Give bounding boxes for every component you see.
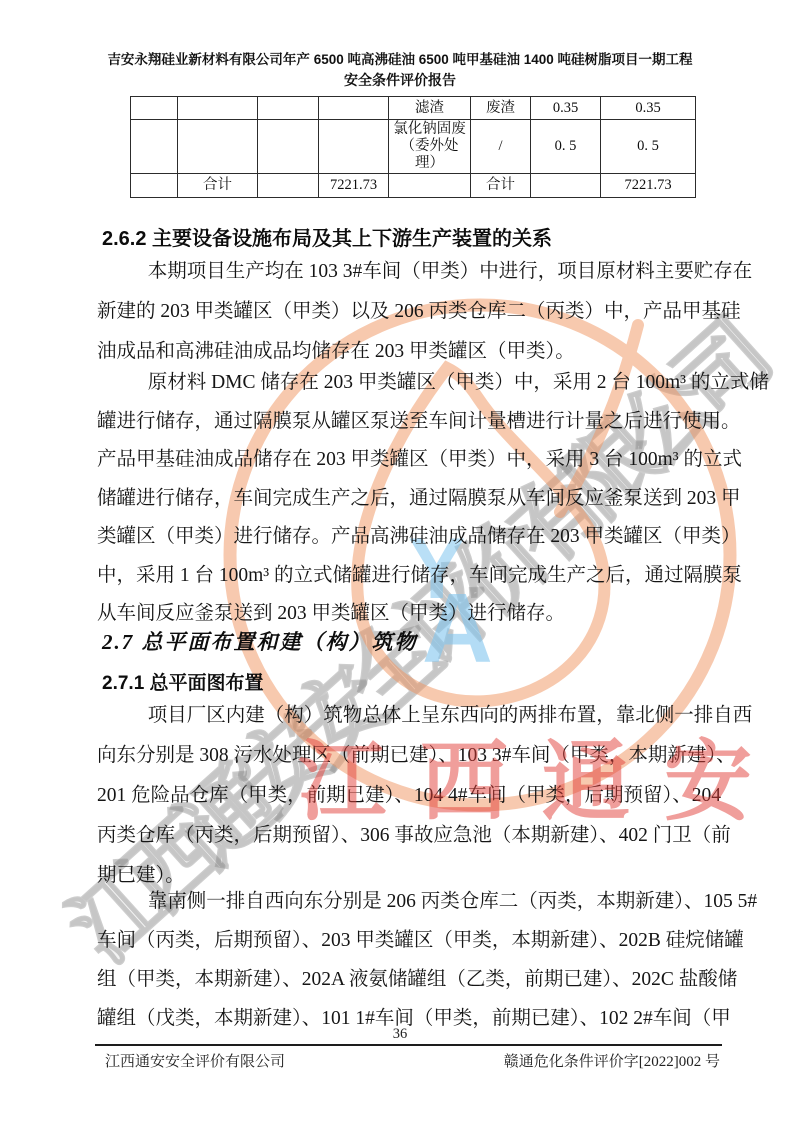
document-page: 江西通安安全评价有限公司 Y A 吉安永翔硅业新材料有限公司年产 6500 吨高… [0, 0, 800, 1131]
table-row: 滤渣 废渣 0.35 0.35 [131, 97, 696, 120]
table-cell [258, 174, 319, 198]
table-cell: 合计 [178, 174, 258, 198]
table-cell [389, 174, 471, 198]
paragraph-2: 原材料 DMC 储存在 203 甲类罐区（甲类）中，采用 2 台 100m³ 的… [97, 364, 727, 634]
table-cell: 氯化钠固废（委外处理） [389, 120, 471, 174]
footer-divider [95, 1044, 722, 1046]
data-table-wrapper: 滤渣 废渣 0.35 0.35 氯化钠固废（委外处理） / 0. 5 0. 5 [130, 96, 696, 198]
table-cell: 合计 [471, 174, 531, 198]
table-cell [319, 97, 389, 120]
table-cell: 7221.73 [319, 174, 389, 198]
table-cell [131, 120, 178, 174]
report-title-line2: 安全条件评价报告 [88, 70, 712, 91]
waste-summary-table: 滤渣 废渣 0.35 0.35 氯化钠固废（委外处理） / 0. 5 0. 5 [130, 96, 696, 198]
paragraph-3: 项目厂区内建（构）筑物总体上呈东西向的两排布置，靠北侧一排自西向东分别是 308… [97, 696, 727, 896]
table-cell [178, 120, 258, 174]
table-cell [131, 97, 178, 120]
section-heading-262: 2.6.2 主要设备设施布局及其上下游生产装置的关系 [102, 222, 552, 251]
table-cell [131, 174, 178, 198]
report-title-line1: 吉安永翔硅业新材料有限公司年产 6500 吨高沸硅油 6500 吨甲基硅油 14… [88, 49, 712, 70]
table-cell [258, 97, 319, 120]
table-cell: 0.35 [601, 97, 696, 120]
page-number: 36 [0, 1026, 800, 1043]
footer-company: 江西通安安全评价有限公司 [105, 1050, 285, 1071]
table-cell: / [471, 120, 531, 174]
table-cell: 废渣 [471, 97, 531, 120]
table-cell: 滤渣 [389, 97, 471, 120]
table-cell: 0. 5 [601, 120, 696, 174]
table-row: 合计 7221.73 合计 7221.73 [131, 174, 696, 198]
paragraph-1: 本期项目生产均在 103 3#车间（甲类）中进行，项目原材料主要贮存在新建的 2… [97, 252, 727, 372]
table-cell [319, 120, 389, 174]
table-cell: 0.35 [531, 97, 601, 120]
table-cell [178, 97, 258, 120]
table-cell [531, 174, 601, 198]
paragraph-4: 靠南侧一排自西向东分别是 206 丙类仓库二（丙类，本期新建）、105 5#车间… [97, 882, 727, 1038]
page-content: 吉安永翔硅业新材料有限公司年产 6500 吨高沸硅油 6500 吨甲基硅油 14… [0, 0, 800, 1131]
table-row: 氯化钠固废（委外处理） / 0. 5 0. 5 [131, 120, 696, 174]
section-heading-27: 2.7 总平面布置和建（构）筑物 [102, 626, 418, 656]
table-cell [258, 120, 319, 174]
report-header: 吉安永翔硅业新材料有限公司年产 6500 吨高沸硅油 6500 吨甲基硅油 14… [88, 49, 712, 91]
footer-doc-number: 赣通危化条件评价字[2022]002 号 [504, 1050, 720, 1071]
section-heading-271: 2.7.1 总平面图布置 [102, 668, 264, 695]
table-cell: 7221.73 [601, 174, 696, 198]
table-cell: 0. 5 [531, 120, 601, 174]
